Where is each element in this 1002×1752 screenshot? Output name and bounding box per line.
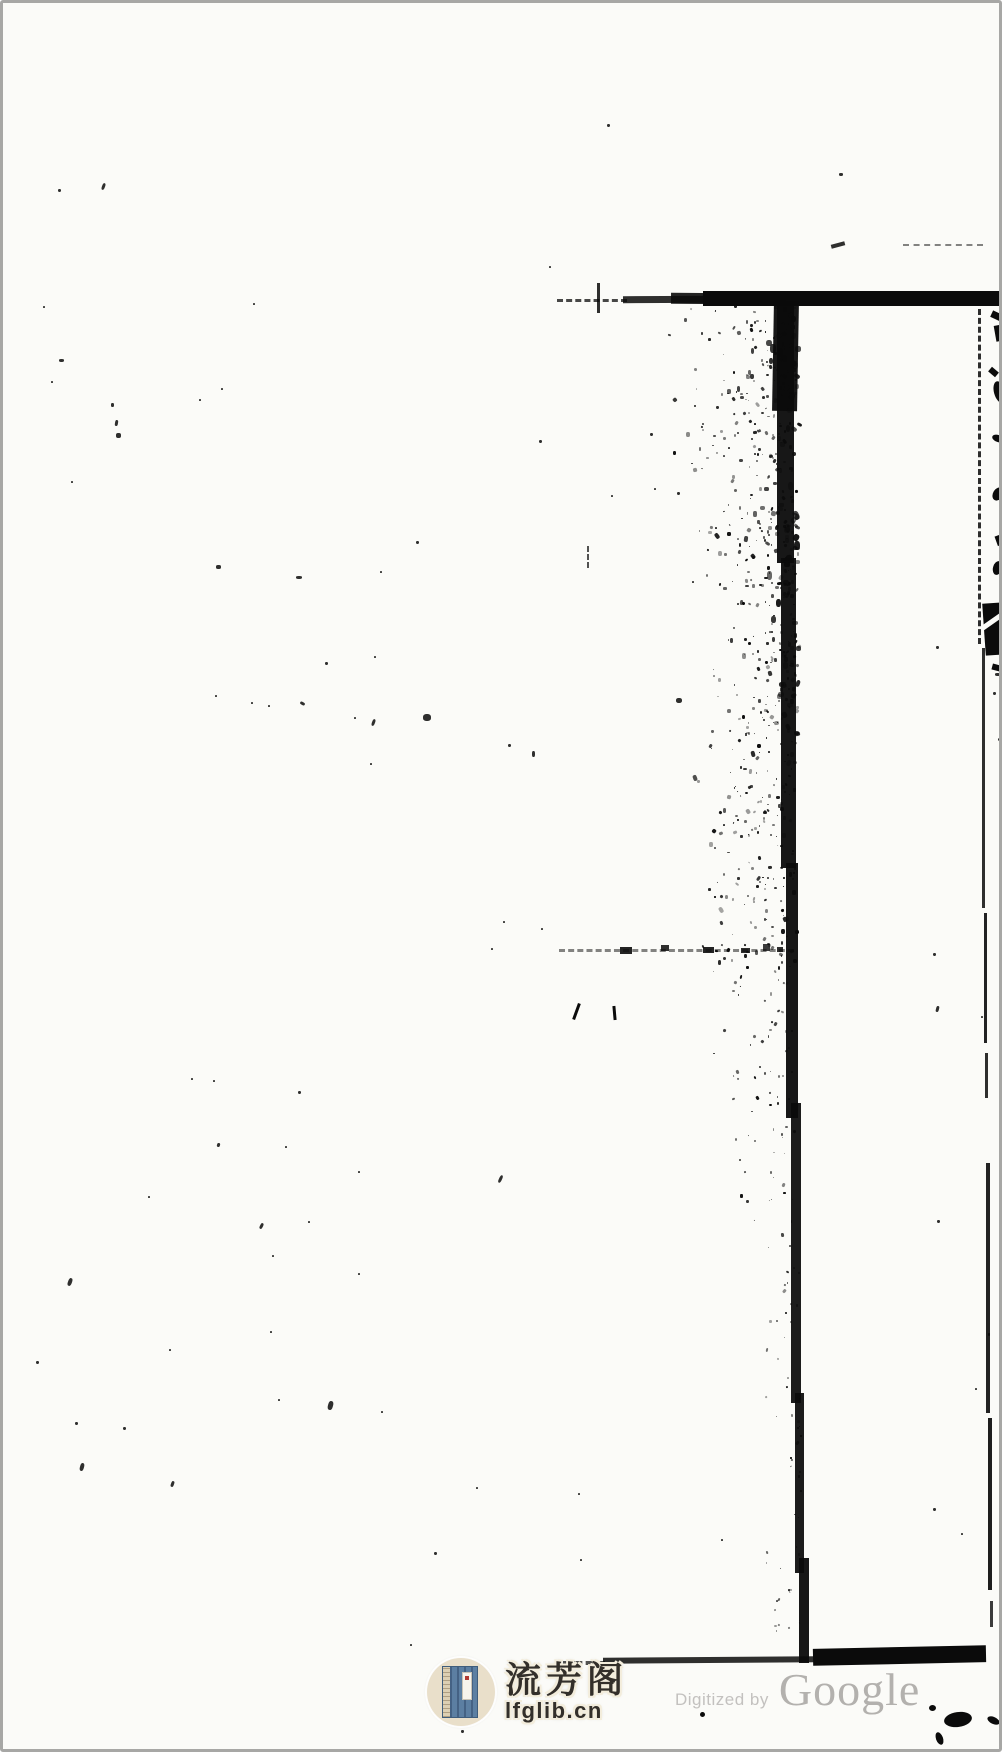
ink-smudge-speck — [740, 795, 742, 797]
ink-smudge-speck — [795, 560, 800, 564]
ink-smudge-speck — [757, 520, 760, 524]
ink-smudge-speck — [746, 527, 751, 532]
ink-speck — [221, 388, 223, 390]
center-vertical-rule — [791, 1103, 801, 1403]
ink-smudge-speck — [789, 1466, 791, 1468]
ink-smudge-speck — [768, 1035, 770, 1038]
ink-smudge-speck — [762, 797, 763, 798]
ink-speck — [268, 705, 270, 707]
ink-smudge-speck — [739, 543, 742, 546]
ink-smudge-speck — [791, 1030, 792, 1032]
ink-smudge-speck — [771, 1021, 774, 1024]
ink-smudge-speck — [764, 1072, 766, 1075]
ink-smudge-speck — [741, 518, 743, 519]
ink-smudge-speck — [774, 887, 777, 889]
ink-smudge-speck — [776, 463, 777, 465]
ink-smudge-speck — [732, 1097, 735, 1100]
ink-smudge-speck — [771, 1199, 772, 1200]
ink-smudge-speck — [765, 601, 766, 603]
ink-speck — [981, 1016, 983, 1018]
ink-smudge-speck — [767, 710, 770, 713]
ink-smudge-speck — [794, 1514, 796, 1516]
ink-smudge-speck — [772, 637, 775, 642]
ink-smudge-speck — [751, 829, 753, 831]
ink-smudge-speck — [746, 320, 748, 324]
ink-smudge-speck — [737, 877, 739, 880]
ink-smudge-speck — [744, 820, 747, 824]
ink-smudge-speck — [738, 550, 742, 555]
ink-smudge-speck — [778, 1075, 780, 1078]
ink-smudge-speck — [747, 514, 748, 515]
ink-smudge-speck — [731, 397, 736, 402]
ink-speck — [36, 1361, 39, 1364]
ink-smudge-speck — [770, 1071, 771, 1072]
ink-smudge-speck — [694, 405, 696, 407]
site-name: 流芳阁 — [505, 1662, 628, 1698]
ink-smudge-speck — [778, 979, 780, 981]
ink-smudge-speck — [708, 888, 712, 891]
ink-smudge-speck — [697, 780, 700, 783]
ink-speck — [251, 702, 253, 704]
ink-smudge-speck — [739, 459, 743, 462]
ink-smudge-speck — [777, 1096, 778, 1098]
book-pages-edge — [443, 1667, 450, 1717]
ink-smudge-speck — [776, 525, 779, 527]
ink-smudge-speck — [723, 510, 725, 512]
ink-smudge-speck — [699, 447, 701, 451]
ink-smudge-speck — [787, 370, 789, 373]
ink-smudge-speck — [770, 992, 773, 996]
ink-smudge-speck — [787, 1377, 789, 1379]
ink-smudge-speck — [778, 507, 783, 511]
ink-smudge-speck — [780, 442, 785, 447]
ink-smudge-speck — [747, 571, 750, 573]
ink-smudge-speck — [794, 731, 800, 736]
ink-smudge-speck — [768, 534, 771, 536]
ink-smudge-speck — [795, 547, 801, 551]
ink-smudge-speck — [757, 650, 759, 653]
ink-smudge-speck — [797, 552, 800, 556]
ink-smudge-speck — [789, 445, 792, 449]
mid-dash — [777, 947, 783, 952]
ink-smudge-speck — [784, 562, 790, 567]
ink-speck — [43, 306, 45, 308]
ink-smudge-speck — [731, 959, 733, 962]
ink-smudge-speck — [709, 842, 713, 847]
ink-smudge-speck — [727, 852, 729, 854]
ink-smudge-speck — [773, 1177, 774, 1178]
ink-smudge-speck — [783, 651, 785, 653]
ink-smudge-speck — [798, 1517, 800, 1518]
ink-smudge-speck — [789, 966, 791, 967]
ink-smudge-speck — [752, 810, 755, 813]
ink-speck — [169, 1349, 171, 1351]
ink-smudge-speck — [746, 951, 748, 953]
ink-smudge-speck — [765, 331, 766, 333]
ink-speck — [67, 1278, 73, 1287]
ink-smudge-speck — [748, 400, 750, 401]
ink-speck — [650, 433, 653, 436]
ink-smudge-speck — [769, 1092, 771, 1094]
ink-smudge-speck — [738, 994, 740, 996]
top-rule-tick — [597, 283, 600, 313]
ink-smudge-speck — [778, 804, 781, 808]
ink-smudge-speck — [745, 808, 751, 814]
ink-speck — [101, 183, 106, 191]
ink-smudge-speck — [783, 1192, 785, 1194]
ink-smudge-speck — [719, 920, 723, 925]
ink-smudge-speck — [732, 898, 734, 901]
ink-smudge-speck — [691, 463, 692, 464]
ink-smudge-speck — [767, 554, 770, 557]
ink-smudge-speck — [748, 412, 750, 414]
ink-smudge-speck — [749, 578, 752, 581]
ink-smudge-speck — [784, 509, 786, 511]
ink-smudge-speck — [776, 369, 778, 371]
ink-smudge-speck — [772, 824, 775, 826]
ink-speck — [497, 1175, 503, 1184]
ink-smudge-speck — [754, 1140, 756, 1143]
ink-smudge-speck — [790, 1321, 791, 1323]
ink-speck — [354, 717, 356, 719]
ink-smudge-speck — [718, 831, 723, 835]
ink-smudge-speck — [765, 431, 770, 436]
ink-smudge-speck — [748, 722, 749, 724]
ink-smudge-speck — [759, 526, 762, 528]
lfglib-logo-text: 流芳阁 lfglib.cn — [505, 1662, 628, 1722]
ink-smudge-speck — [754, 401, 760, 407]
ink-speck — [933, 953, 936, 956]
ink-smudge-speck — [787, 703, 793, 708]
ink-smudge-speck — [772, 414, 775, 418]
ink-speck — [692, 581, 694, 583]
ink-speck — [270, 1331, 272, 1333]
ink-smudge-speck — [746, 393, 747, 394]
ink-smudge-speck — [791, 316, 797, 322]
ink-smudge-speck — [732, 581, 733, 582]
ink-smudge-speck — [735, 1138, 737, 1141]
ink-smudge-speck — [770, 834, 772, 836]
right-column-rule — [978, 309, 981, 644]
right-column-rule — [988, 1418, 992, 1590]
ink-smudge-speck — [753, 431, 757, 434]
ink-smudge-speck — [735, 815, 738, 817]
ink-smudge-speck — [743, 1170, 746, 1173]
ink-smudge-speck — [686, 432, 690, 437]
right-column-rule — [986, 1163, 990, 1413]
ink-smudge-speck — [758, 699, 761, 702]
ink-smudge-speck — [775, 532, 779, 536]
ink-speck — [961, 1533, 963, 1535]
ink-smudge-speck — [782, 1136, 783, 1137]
ink-smudge-speck — [748, 642, 751, 645]
mid-slash — [572, 1003, 581, 1020]
ink-smudge-speck — [778, 422, 780, 424]
ink-smudge-speck — [737, 386, 741, 392]
ink-smudge-speck — [716, 452, 718, 454]
ink-smudge-speck — [733, 822, 735, 824]
ink-smudge-speck — [767, 476, 770, 479]
site-domain: lfglib.cn — [505, 1700, 628, 1722]
ink-smudge-speck — [791, 1071, 793, 1072]
ink-smudge-speck — [771, 594, 775, 598]
ink-speck — [676, 698, 682, 703]
ink-smudge-speck — [714, 533, 720, 540]
ink-smudge-speck — [764, 487, 769, 491]
ink-smudge-speck — [714, 896, 716, 898]
ink-smudge-speck — [765, 909, 768, 914]
ink-smudge-speck — [791, 531, 794, 534]
ink-smudge-speck — [721, 393, 723, 396]
ink-smudge-speck — [728, 523, 730, 525]
ink-smudge-speck — [753, 444, 757, 448]
ink-smudge-speck — [737, 538, 739, 540]
glyph-fragment — [990, 485, 1002, 502]
ink-smudge-speck — [780, 1568, 782, 1569]
ink-smudge-speck — [786, 670, 789, 673]
ink-smudge-speck — [751, 348, 755, 354]
ink-speck — [371, 719, 376, 727]
ink-smudge-speck — [732, 990, 735, 992]
ink-smudge-speck — [740, 393, 743, 395]
ink-smudge-speck — [795, 490, 798, 493]
ink-smudge-speck — [773, 1128, 775, 1130]
ink-smudge-speck — [734, 420, 739, 425]
ink-smudge-speck — [734, 489, 738, 492]
ink-smudge-speck — [672, 398, 677, 404]
lfglib-logo — [427, 1658, 495, 1726]
ink-smudge-speck — [713, 435, 715, 437]
ink-smudge-speck — [719, 582, 722, 585]
ink-smudge-speck — [749, 546, 750, 547]
ink-smudge-speck — [795, 679, 801, 687]
right-column-rule — [985, 1053, 988, 1098]
ink-smudge-speck — [728, 730, 731, 733]
ink-smudge-speck — [757, 667, 761, 672]
ink-smudge-speck — [769, 1104, 772, 1107]
ink-smudge-speck — [782, 833, 786, 839]
ink-smudge-speck — [732, 749, 733, 750]
ink-smudge-speck — [783, 816, 786, 820]
right-column-rule — [990, 1601, 993, 1627]
ink-smudge-speck — [711, 730, 714, 733]
ink-smudge-speck — [742, 715, 745, 719]
ink-smudge-speck — [708, 338, 712, 341]
ink-smudge-speck — [747, 895, 749, 897]
ink-speck — [123, 1427, 126, 1430]
ink-smudge-speck — [730, 478, 735, 483]
ink-smudge-speck — [776, 836, 777, 838]
ink-smudge-speck — [796, 1304, 798, 1307]
ink-smudge-speck — [768, 725, 770, 726]
ink-smudge-speck — [769, 518, 772, 520]
ink-smudge-speck — [734, 980, 737, 983]
ink-smudge-speck — [739, 1159, 741, 1161]
ink-smudge-speck — [753, 380, 755, 381]
ink-smudge-speck — [692, 774, 698, 781]
ink-speck — [358, 1171, 360, 1173]
ink-smudge-speck — [791, 1414, 793, 1417]
ink-smudge-speck — [735, 882, 739, 886]
ink-smudge-speck — [787, 313, 792, 317]
ink-smudge-speck — [736, 391, 738, 392]
ink-smudge-speck — [737, 432, 738, 434]
ink-smudge-speck — [773, 1152, 775, 1154]
ink-smudge-speck — [790, 663, 795, 667]
ink-speck — [296, 576, 302, 579]
ink-smudge-speck — [746, 1200, 749, 1204]
ink-smudge-speck — [791, 580, 794, 584]
bottom-rule-right — [813, 1645, 986, 1666]
ink-speck — [508, 744, 511, 747]
ink-smudge-speck — [764, 407, 766, 409]
ink-smudge-speck — [776, 796, 780, 799]
ink-smudge-speck — [781, 961, 784, 964]
ink-smudge-speck — [713, 675, 716, 677]
ink-smudge-speck — [693, 467, 698, 471]
ink-smudge-speck — [756, 475, 758, 476]
ink-speck — [933, 1508, 936, 1511]
ink-smudge-speck — [761, 359, 763, 362]
ink-smudge-speck — [733, 413, 736, 416]
ink-smudge-speck — [738, 867, 740, 869]
ink-smudge-speck — [773, 1021, 777, 1026]
ink-speck — [111, 403, 114, 407]
mid-slash — [612, 1006, 616, 1020]
ink-smudge-speck — [782, 1288, 787, 1293]
ink-smudge-speck — [750, 374, 754, 379]
ink-smudge-speck — [733, 371, 736, 375]
ink-smudge-speck — [786, 408, 792, 414]
ink-smudge-speck — [756, 772, 757, 774]
ink-smudge-speck — [759, 825, 760, 827]
ink-smudge-speck — [745, 792, 748, 795]
ink-smudge-speck — [760, 506, 765, 510]
ink-speck — [461, 1730, 464, 1733]
ink-smudge-speck — [766, 808, 769, 811]
ink-smudge-speck — [792, 621, 798, 625]
ink-smudge-speck — [730, 638, 733, 643]
ink-smudge-speck — [781, 1010, 784, 1013]
ink-smudge-speck — [777, 1624, 779, 1626]
ink-smudge-speck — [784, 430, 786, 433]
ink-smudge-speck — [771, 935, 774, 938]
right-column-rule — [984, 913, 987, 1043]
ink-smudge-speck — [768, 1247, 770, 1248]
ink-smudge-speck — [748, 1134, 750, 1136]
ink-smudge-speck — [734, 304, 737, 307]
ink-smudge-speck — [781, 1233, 784, 1237]
ink-speck — [327, 1401, 334, 1411]
ink-smudge-speck — [733, 831, 737, 835]
ink-smudge-speck — [787, 1282, 788, 1284]
ink-dot — [700, 1712, 705, 1717]
ink-smudge-speck — [739, 986, 740, 987]
ink-smudge-speck — [715, 527, 717, 529]
google-wordmark: Google — [779, 1669, 920, 1710]
ink-smudge-speck — [723, 1029, 727, 1033]
ink-smudge-speck — [732, 934, 734, 935]
ink-smudge-speck — [758, 856, 762, 860]
ink-smudge-speck — [752, 556, 755, 559]
ink-smudge-speck — [793, 604, 795, 605]
ink-smudge-speck — [792, 890, 795, 895]
ink-smudge-speck — [784, 1153, 785, 1154]
ink-smudge-speck — [764, 898, 768, 901]
ink-smudge-speck — [753, 311, 756, 313]
ink-smudge-speck — [774, 452, 777, 455]
ink-speck — [381, 1411, 383, 1413]
ink-smudge-speck — [764, 888, 766, 890]
ink-smudge-speck — [777, 729, 779, 731]
ink-smudge-speck — [782, 981, 784, 983]
ink-smudge-speck — [774, 658, 777, 662]
ink-smudge-speck — [715, 950, 718, 952]
ink-smudge-speck — [718, 332, 721, 335]
ink-smudge-speck — [763, 719, 765, 721]
ink-smudge-speck — [737, 564, 738, 566]
ink-smudge-speck — [759, 487, 762, 492]
ink-smudge-speck — [768, 794, 771, 799]
ink-speck — [285, 1146, 287, 1148]
mid-dash — [620, 947, 632, 954]
ink-smudge-speck — [760, 529, 763, 532]
digitized-by-google-stamp: Digitized by Google — [675, 1669, 920, 1710]
ink-smudge-speck — [750, 750, 755, 756]
ink-smudge-speck — [782, 382, 785, 385]
ink-smudge-speck — [765, 704, 766, 705]
ink-blob — [943, 1710, 973, 1729]
ink-smudge-speck — [780, 845, 783, 847]
ink-speck — [259, 1223, 264, 1230]
ink-smudge-speck — [694, 368, 697, 371]
ink-smudge-speck — [788, 642, 792, 647]
ink-smudge-speck — [786, 554, 792, 560]
ink-smudge-speck — [763, 999, 766, 1002]
ink-smudge-speck — [796, 663, 800, 667]
ink-smudge-speck — [774, 397, 777, 402]
ink-smudge-speck — [779, 900, 782, 903]
ink-smudge-speck — [750, 498, 751, 499]
ink-smudge-speck — [726, 794, 730, 799]
ink-smudge-speck — [783, 541, 785, 543]
ink-speck — [278, 1399, 280, 1401]
ink-smudge-speck — [760, 711, 763, 714]
ink-smudge-speck — [751, 438, 753, 441]
ink-smudge-speck — [776, 1416, 777, 1417]
ink-smudge-speck — [766, 918, 768, 919]
ink-smudge-speck — [733, 326, 737, 330]
ink-smudge-speck — [759, 329, 763, 332]
ink-smudge-speck — [790, 469, 793, 472]
ink-smudge-speck — [795, 587, 799, 591]
ink-smudge-speck — [799, 1398, 800, 1400]
ink-smudge-speck — [767, 670, 772, 675]
ink-smudge-speck — [764, 541, 770, 546]
ink-speck — [998, 738, 1002, 741]
ink-smudge-speck — [752, 707, 755, 710]
glyph-fragment — [991, 664, 1002, 673]
ink-smudge-speck — [723, 587, 727, 590]
ink-smudge-speck — [735, 1069, 739, 1074]
ink-smudge-speck — [746, 726, 749, 729]
ink-smudge-speck — [740, 1194, 742, 1198]
ink-smudge-speck — [717, 696, 719, 697]
ink-smudge-speck — [790, 1457, 792, 1459]
ink-smudge-speck — [759, 752, 761, 754]
ink-smudge-speck — [717, 881, 718, 882]
ink-speck — [580, 1559, 582, 1561]
